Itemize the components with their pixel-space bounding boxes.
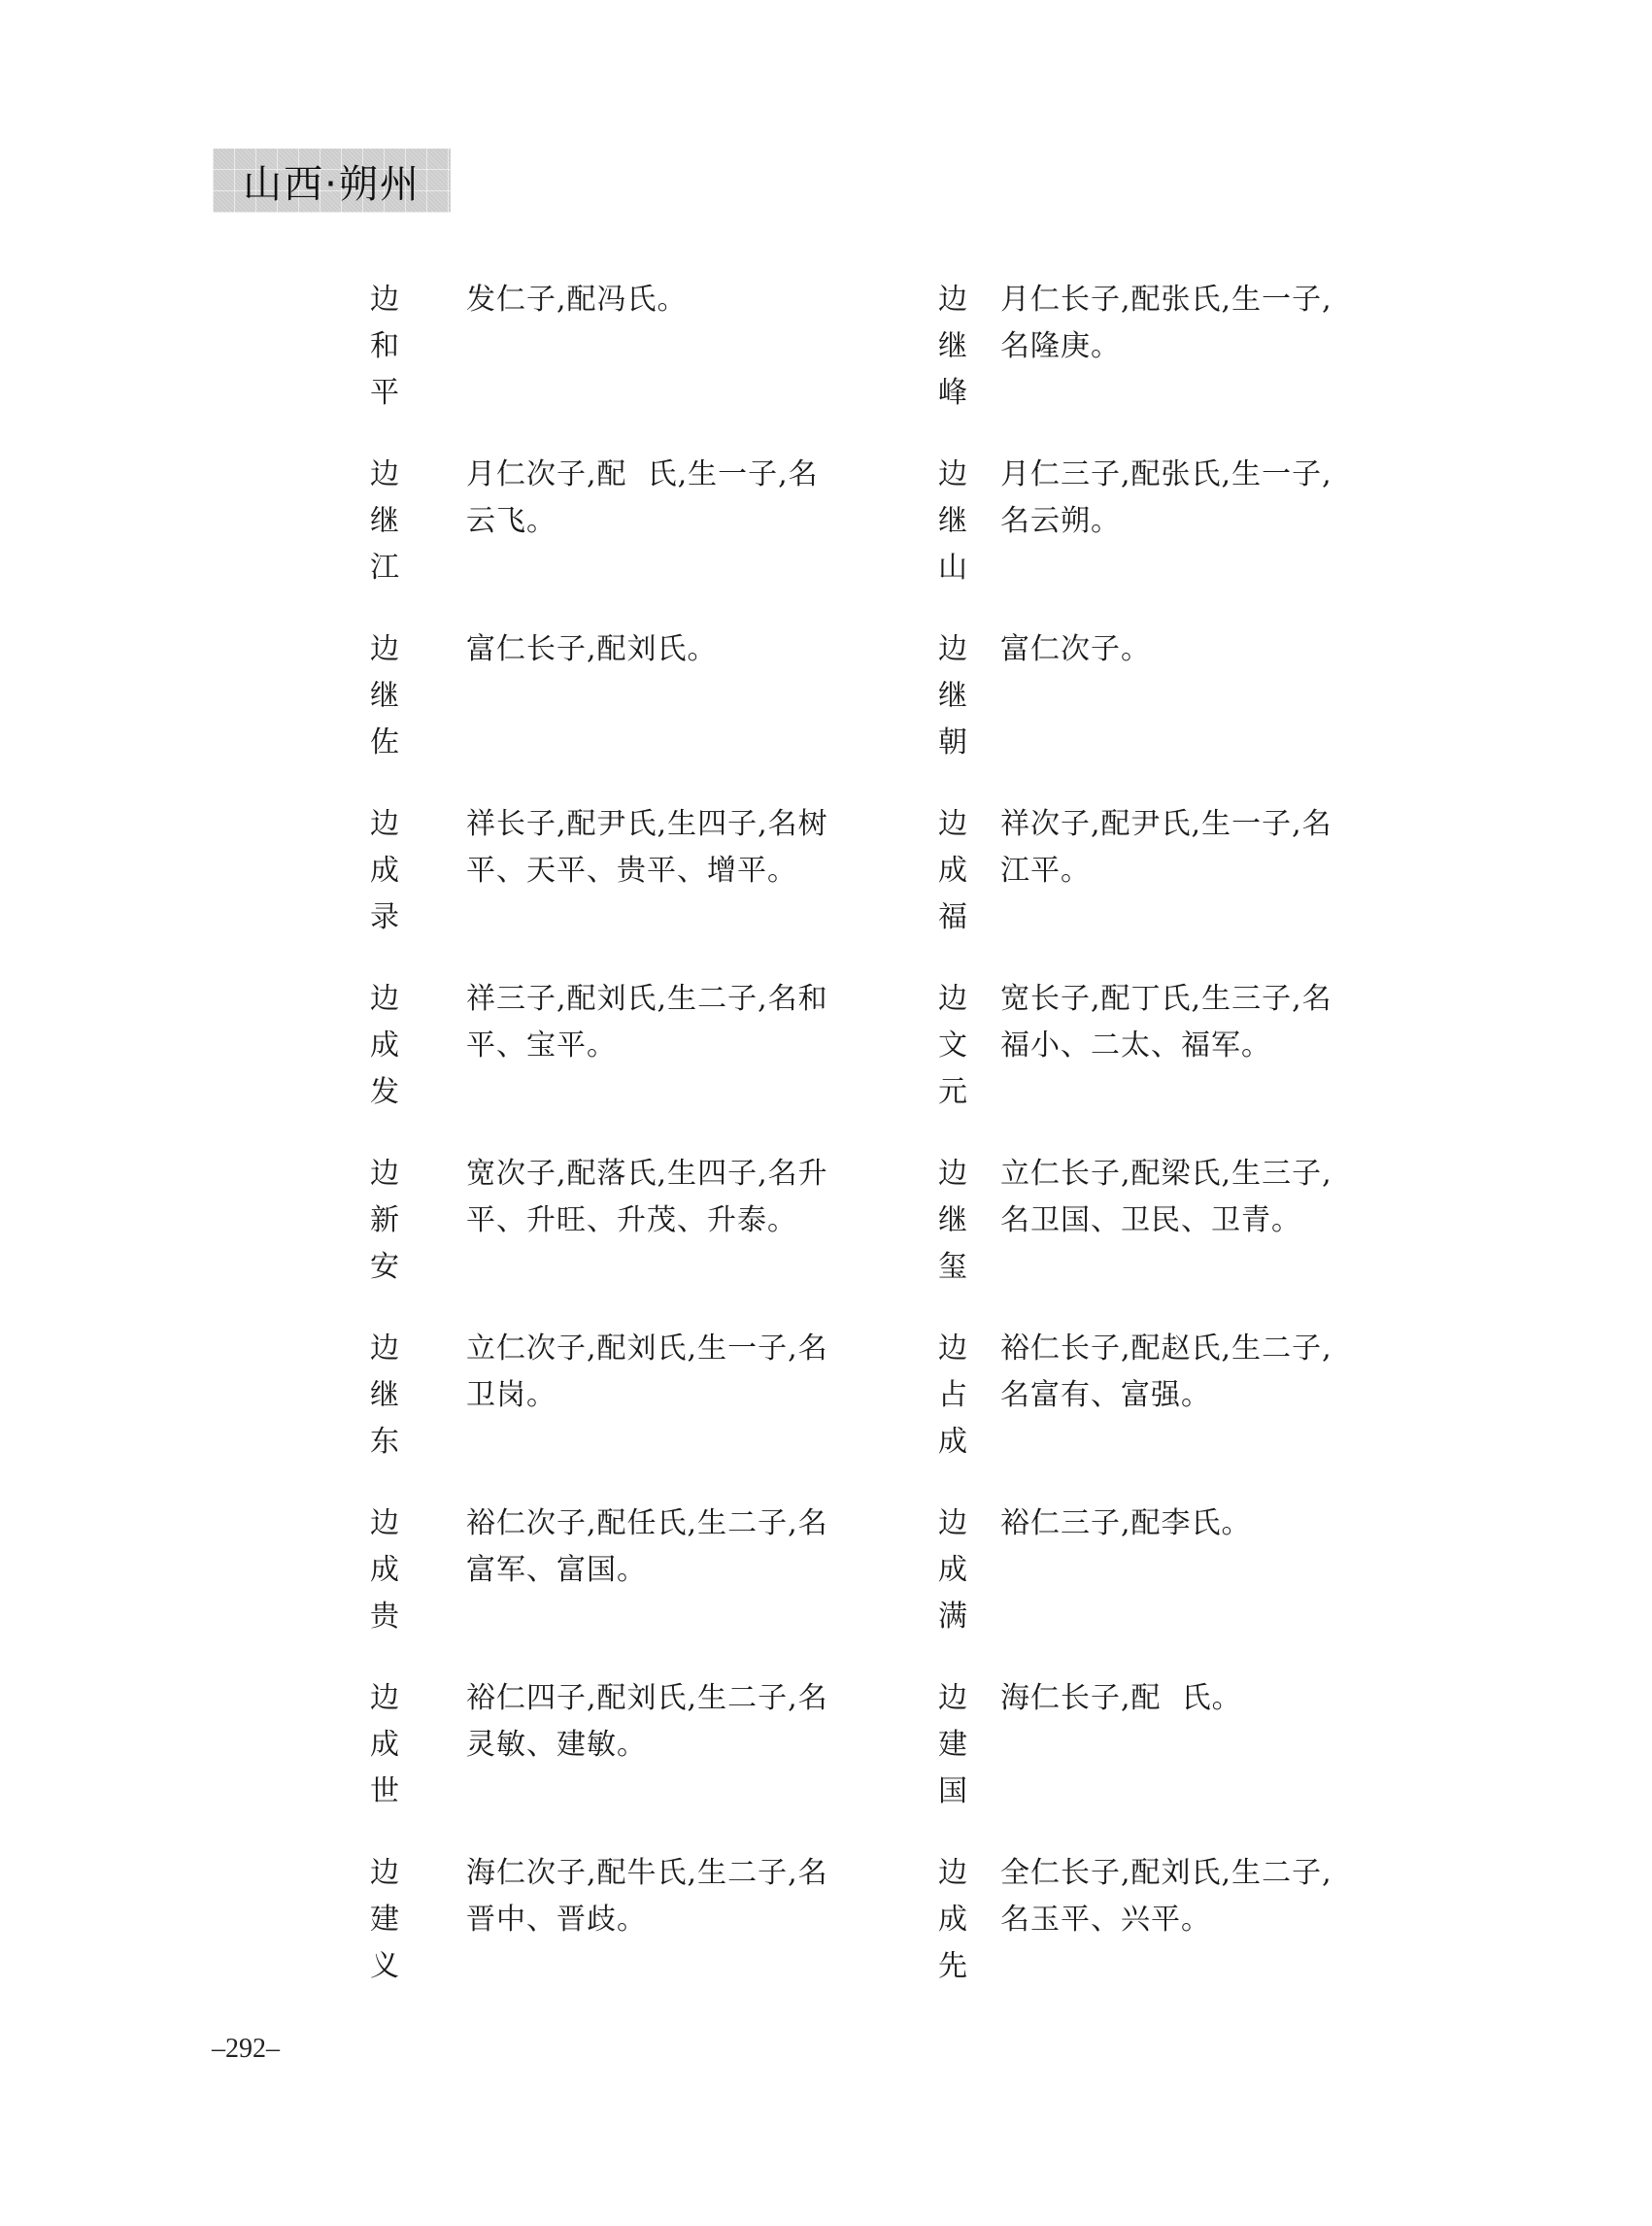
person-name-vertical: 边建义 bbox=[369, 1850, 466, 1990]
genealogy-entry: 边建义海仁次子,配牛氏,生二子,名晋中、晋歧。 bbox=[369, 1850, 913, 2025]
name-character: 边 bbox=[369, 1151, 400, 1197]
description-line: 云飞。 bbox=[466, 498, 893, 545]
person-name-vertical: 边继朝 bbox=[937, 626, 1000, 766]
person-name-vertical: 边成贵 bbox=[369, 1501, 466, 1640]
name-character: 东 bbox=[369, 1419, 400, 1466]
genealogy-entry: 边成满裕仁三子,配李氏。 bbox=[913, 1501, 1457, 1675]
name-character: 继 bbox=[369, 498, 400, 545]
genealogy-entry: 边成先全仁长子,配刘氏,生二子,名玉平、兴平。 bbox=[913, 1850, 1457, 2025]
genealogy-entry: 边成发祥三子,配刘氏,生二子,名和平、宝平。 bbox=[369, 976, 913, 1151]
genealogy-entry: 边继朝富仁次子。 bbox=[913, 626, 1457, 801]
name-character: 边 bbox=[937, 1151, 968, 1197]
name-character: 占 bbox=[937, 1372, 968, 1419]
name-character: 平 bbox=[369, 370, 400, 417]
name-character: 边 bbox=[369, 1326, 400, 1372]
name-character: 发 bbox=[369, 1069, 400, 1116]
genealogy-entry: 边和平发仁子,配冯氏。 bbox=[369, 277, 913, 452]
name-character: 成 bbox=[369, 1023, 400, 1069]
genealogy-entry: 边继山月仁三子,配张氏,生一子,名云朔。 bbox=[913, 452, 1457, 626]
genealogy-entry: 边继江月仁次子,配 氏,生一子,名云飞。 bbox=[369, 452, 913, 626]
name-character: 成 bbox=[937, 848, 968, 894]
person-name-vertical: 边继佐 bbox=[369, 626, 466, 766]
person-description: 立仁长子,配梁氏,生三子,名卫国、卫民、卫青。 bbox=[1000, 1151, 1428, 1244]
person-description: 海仁长子,配 氏。 bbox=[1000, 1675, 1428, 1722]
description-line: 祥三子,配刘氏,生二子,名和 bbox=[466, 976, 893, 1023]
description-line: 晋中、晋歧。 bbox=[466, 1897, 893, 1943]
person-description: 祥长子,配尹氏,生四子,名树平、天平、贵平、增平。 bbox=[466, 801, 893, 894]
name-character: 新 bbox=[369, 1197, 400, 1244]
section-title: 山西·朔州 bbox=[243, 153, 421, 209]
name-character: 江 bbox=[369, 545, 400, 591]
description-line: 月仁长子,配张氏,生一子, bbox=[1000, 277, 1428, 323]
name-character: 贵 bbox=[369, 1594, 400, 1640]
name-character: 边 bbox=[369, 976, 400, 1023]
description-line: 名玉平、兴平。 bbox=[1000, 1897, 1428, 1943]
name-character: 峰 bbox=[937, 370, 968, 417]
name-character: 边 bbox=[937, 1850, 968, 1897]
page-number: –292– bbox=[212, 2034, 280, 2065]
description-line: 福小、二太、福军。 bbox=[1000, 1023, 1428, 1069]
description-line: 富仁次子。 bbox=[1000, 626, 1428, 673]
description-line: 宽次子,配落氏,生四子,名升 bbox=[466, 1151, 893, 1197]
name-character: 先 bbox=[937, 1943, 968, 1990]
name-character: 建 bbox=[937, 1722, 968, 1769]
name-character: 世 bbox=[369, 1769, 400, 1815]
person-description: 月仁三子,配张氏,生一子,名云朔。 bbox=[1000, 452, 1428, 545]
person-name-vertical: 边成先 bbox=[937, 1850, 1000, 1990]
name-character: 边 bbox=[369, 1675, 400, 1722]
person-description: 立仁次子,配刘氏,生一子,名卫岗。 bbox=[466, 1326, 893, 1419]
person-name-vertical: 边新安 bbox=[369, 1151, 466, 1291]
name-character: 义 bbox=[369, 1943, 400, 1990]
name-character: 元 bbox=[937, 1069, 968, 1116]
person-name-vertical: 边建国 bbox=[937, 1675, 1000, 1815]
description-line: 月仁三子,配张氏,生一子, bbox=[1000, 452, 1428, 498]
person-description: 海仁次子,配牛氏,生二子,名晋中、晋歧。 bbox=[466, 1850, 893, 1943]
name-character: 边 bbox=[937, 976, 968, 1023]
person-description: 宽次子,配落氏,生四子,名升平、升旺、升茂、升泰。 bbox=[466, 1151, 893, 1244]
name-character: 边 bbox=[937, 626, 968, 673]
description-line: 名隆庚。 bbox=[1000, 323, 1428, 370]
person-name-vertical: 边成世 bbox=[369, 1675, 466, 1815]
description-line: 平、宝平。 bbox=[466, 1023, 893, 1069]
person-description: 裕仁四子,配刘氏,生二子,名灵敏、建敏。 bbox=[466, 1675, 893, 1769]
name-character: 边 bbox=[937, 277, 968, 323]
name-character: 成 bbox=[937, 1897, 968, 1943]
description-line: 富军、富国。 bbox=[466, 1547, 893, 1594]
person-name-vertical: 边继江 bbox=[369, 452, 466, 591]
genealogy-entry: 边成世裕仁四子,配刘氏,生二子,名灵敏、建敏。 bbox=[369, 1675, 913, 1850]
name-character: 边 bbox=[369, 452, 400, 498]
genealogy-entry-list: 边和平发仁子,配冯氏。边继峰月仁长子,配张氏,生一子,名隆庚。边继江月仁次子,配… bbox=[369, 277, 1457, 2025]
name-character: 成 bbox=[369, 848, 400, 894]
name-character: 安 bbox=[369, 1244, 400, 1291]
person-name-vertical: 边文元 bbox=[937, 976, 1000, 1116]
person-description: 富仁次子。 bbox=[1000, 626, 1428, 673]
description-line: 海仁次子,配牛氏,生二子,名 bbox=[466, 1850, 893, 1897]
name-character: 录 bbox=[369, 894, 400, 941]
name-character: 福 bbox=[937, 894, 968, 941]
name-character: 边 bbox=[937, 1501, 968, 1547]
person-description: 祥三子,配刘氏,生二子,名和平、宝平。 bbox=[466, 976, 893, 1069]
name-character: 边 bbox=[937, 1675, 968, 1722]
name-character: 边 bbox=[369, 1850, 400, 1897]
name-character: 国 bbox=[937, 1769, 968, 1815]
name-character: 佐 bbox=[369, 720, 400, 766]
genealogy-entry: 边继峰月仁长子,配张氏,生一子,名隆庚。 bbox=[913, 277, 1457, 452]
description-line: 名云朔。 bbox=[1000, 498, 1428, 545]
name-character: 继 bbox=[369, 673, 400, 720]
name-character: 边 bbox=[369, 801, 400, 848]
genealogy-entry: 边占成裕仁长子,配赵氏,生二子,名富有、富强。 bbox=[913, 1326, 1457, 1501]
genealogy-entry: 边成福祥次子,配尹氏,生一子,名江平。 bbox=[913, 801, 1457, 976]
description-line: 全仁长子,配刘氏,生二子, bbox=[1000, 1850, 1428, 1897]
genealogy-entry: 边成贵裕仁次子,配任氏,生二子,名富军、富国。 bbox=[369, 1501, 913, 1675]
person-name-vertical: 边占成 bbox=[937, 1326, 1000, 1466]
name-character: 满 bbox=[937, 1594, 968, 1640]
section-header: 山西·朔州 bbox=[213, 149, 451, 213]
description-line: 裕仁长子,配赵氏,生二子, bbox=[1000, 1326, 1428, 1372]
name-character: 建 bbox=[369, 1897, 400, 1943]
name-character: 山 bbox=[937, 545, 968, 591]
name-character: 成 bbox=[369, 1547, 400, 1594]
name-character: 成 bbox=[937, 1419, 968, 1466]
description-line: 平、升旺、升茂、升泰。 bbox=[466, 1197, 893, 1244]
genealogy-entry: 边建国海仁长子,配 氏。 bbox=[913, 1675, 1457, 1850]
genealogy-entry: 边新安宽次子,配落氏,生四子,名升平、升旺、升茂、升泰。 bbox=[369, 1151, 913, 1326]
description-line: 裕仁三子,配李氏。 bbox=[1000, 1501, 1428, 1547]
name-character: 文 bbox=[937, 1023, 968, 1069]
genealogy-entry: 边继东立仁次子,配刘氏,生一子,名卫岗。 bbox=[369, 1326, 913, 1501]
person-name-vertical: 边继山 bbox=[937, 452, 1000, 591]
description-line: 祥次子,配尹氏,生一子,名 bbox=[1000, 801, 1428, 848]
description-line: 祥长子,配尹氏,生四子,名树 bbox=[466, 801, 893, 848]
person-description: 富仁长子,配刘氏。 bbox=[466, 626, 893, 673]
name-character: 玺 bbox=[937, 1244, 968, 1291]
person-description: 裕仁次子,配任氏,生二子,名富军、富国。 bbox=[466, 1501, 893, 1594]
name-character: 边 bbox=[937, 1326, 968, 1372]
description-line: 灵敏、建敏。 bbox=[466, 1722, 893, 1769]
description-line: 月仁次子,配 氏,生一子,名 bbox=[466, 452, 893, 498]
name-character: 边 bbox=[369, 277, 400, 323]
person-name-vertical: 边继峰 bbox=[937, 277, 1000, 417]
name-character: 继 bbox=[937, 323, 968, 370]
person-name-vertical: 边成福 bbox=[937, 801, 1000, 941]
name-character: 边 bbox=[369, 1501, 400, 1547]
name-character: 成 bbox=[937, 1547, 968, 1594]
person-description: 祥次子,配尹氏,生一子,名江平。 bbox=[1000, 801, 1428, 894]
person-description: 宽长子,配丁氏,生三子,名福小、二太、福军。 bbox=[1000, 976, 1428, 1069]
person-description: 裕仁三子,配李氏。 bbox=[1000, 1501, 1428, 1547]
person-name-vertical: 边成满 bbox=[937, 1501, 1000, 1640]
person-description: 裕仁长子,配赵氏,生二子,名富有、富强。 bbox=[1000, 1326, 1428, 1419]
description-line: 名富有、富强。 bbox=[1000, 1372, 1428, 1419]
name-character: 和 bbox=[369, 323, 400, 370]
name-character: 边 bbox=[937, 801, 968, 848]
name-character: 边 bbox=[369, 626, 400, 673]
description-line: 立仁长子,配梁氏,生三子, bbox=[1000, 1151, 1428, 1197]
description-line: 卫岗。 bbox=[466, 1372, 893, 1419]
name-character: 边 bbox=[937, 452, 968, 498]
description-line: 名卫国、卫民、卫青。 bbox=[1000, 1197, 1428, 1244]
person-name-vertical: 边和平 bbox=[369, 277, 466, 417]
description-line: 立仁次子,配刘氏,生一子,名 bbox=[466, 1326, 893, 1372]
genealogy-entry: 边继佐富仁长子,配刘氏。 bbox=[369, 626, 913, 801]
person-description: 发仁子,配冯氏。 bbox=[466, 277, 893, 323]
person-description: 月仁次子,配 氏,生一子,名云飞。 bbox=[466, 452, 893, 545]
genealogy-entry: 边文元宽长子,配丁氏,生三子,名福小、二太、福军。 bbox=[913, 976, 1457, 1151]
name-character: 继 bbox=[937, 1197, 968, 1244]
name-character: 朝 bbox=[937, 720, 968, 766]
name-character: 成 bbox=[369, 1722, 400, 1769]
description-line: 裕仁次子,配任氏,生二子,名 bbox=[466, 1501, 893, 1547]
description-line: 海仁长子,配 氏。 bbox=[1000, 1675, 1428, 1722]
name-character: 继 bbox=[937, 673, 968, 720]
name-character: 继 bbox=[937, 498, 968, 545]
person-name-vertical: 边成发 bbox=[369, 976, 466, 1116]
person-name-vertical: 边继玺 bbox=[937, 1151, 1000, 1291]
genealogy-entry: 边继玺立仁长子,配梁氏,生三子,名卫国、卫民、卫青。 bbox=[913, 1151, 1457, 1326]
description-line: 富仁长子,配刘氏。 bbox=[466, 626, 893, 673]
person-name-vertical: 边成录 bbox=[369, 801, 466, 941]
person-description: 全仁长子,配刘氏,生二子,名玉平、兴平。 bbox=[1000, 1850, 1428, 1943]
genealogy-entry: 边成录祥长子,配尹氏,生四子,名树平、天平、贵平、增平。 bbox=[369, 801, 913, 976]
name-character: 继 bbox=[369, 1372, 400, 1419]
description-line: 裕仁四子,配刘氏,生二子,名 bbox=[466, 1675, 893, 1722]
description-line: 江平。 bbox=[1000, 848, 1428, 894]
description-line: 平、天平、贵平、增平。 bbox=[466, 848, 893, 894]
description-line: 宽长子,配丁氏,生三子,名 bbox=[1000, 976, 1428, 1023]
description-line: 发仁子,配冯氏。 bbox=[466, 277, 893, 323]
person-name-vertical: 边继东 bbox=[369, 1326, 466, 1466]
person-description: 月仁长子,配张氏,生一子,名隆庚。 bbox=[1000, 277, 1428, 370]
